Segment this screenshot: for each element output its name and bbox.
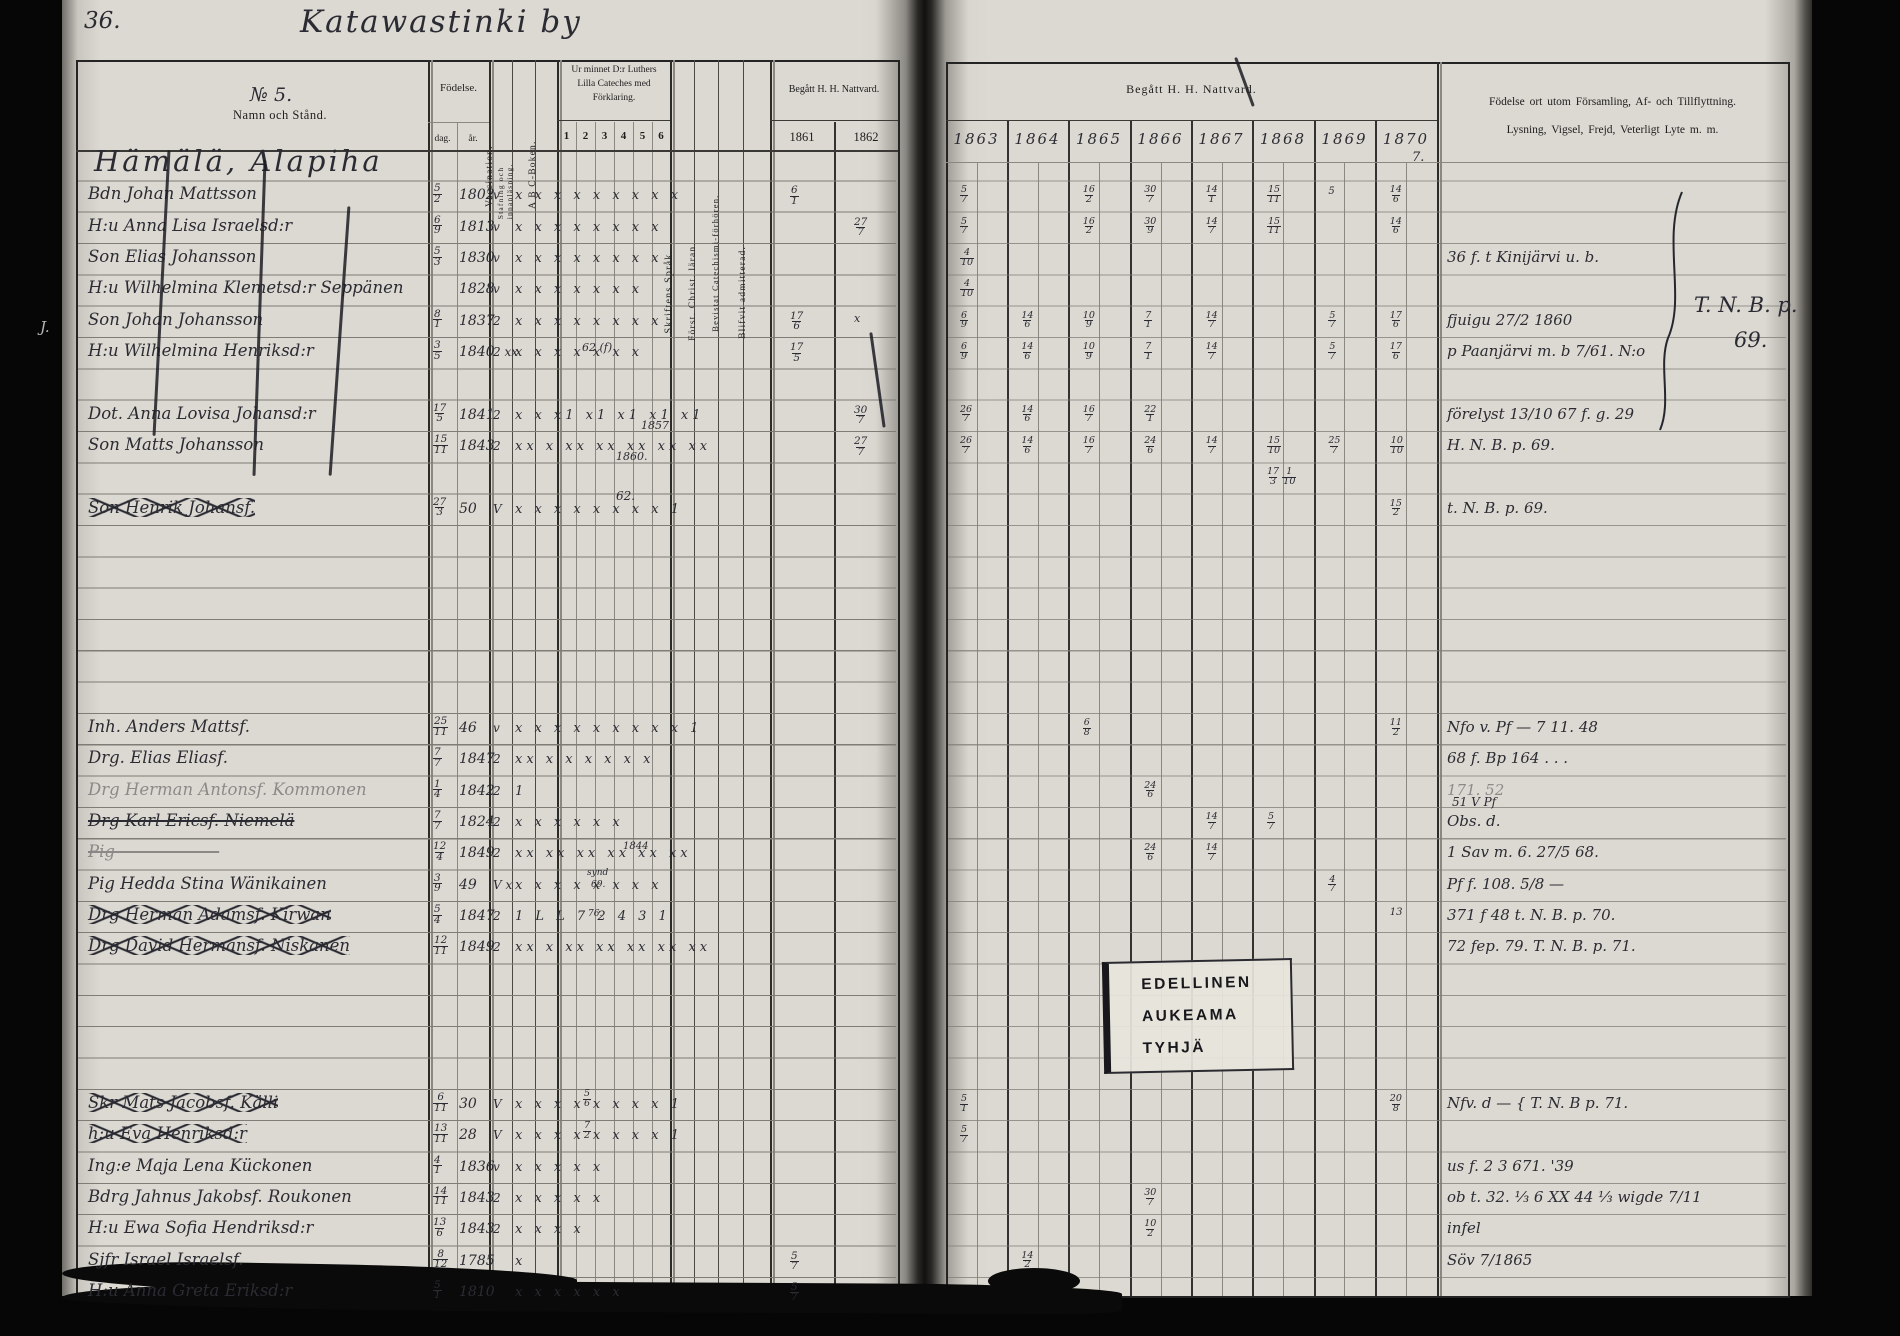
communion-mark: 175: [790, 343, 803, 363]
ink-note: 62 (f): [582, 341, 612, 354]
scripture-language-column-header: Skriftens Språk.: [664, 250, 676, 334]
reading-marks: x x x x x x: [515, 1285, 624, 1300]
communion-mark: 307: [1144, 186, 1156, 204]
first-christian-doctrine-column-header: Först. Christ. läran.: [688, 242, 699, 341]
communion-mark: 141: [1206, 186, 1218, 204]
communion-mark: 176: [1390, 312, 1402, 330]
annotation: 51 V Pf: [1452, 795, 1496, 809]
birth-day: 51: [433, 1281, 442, 1301]
reading-marks: x x x x x x x x: [515, 314, 663, 329]
communion-mark: 146: [1390, 218, 1402, 236]
communion-mark: 57: [1328, 343, 1336, 361]
year-1869: 1869: [1314, 130, 1375, 148]
vaccination-mark: 2: [493, 846, 501, 860]
birth-day: 175: [433, 404, 446, 424]
communion-mark: 167: [1083, 406, 1095, 424]
vaccination-mark: V: [493, 1128, 502, 1142]
person-name: Drg Herman Antonsf. Kommonen: [88, 780, 367, 799]
ink-note: T. N. B. p.: [1694, 293, 1798, 317]
reading-marks: x x x x x x x x: [515, 878, 663, 893]
birth-day: 77: [433, 748, 442, 768]
communion-mark: 57: [790, 1252, 799, 1272]
person-name: H:u Ewa Sofia Hendriksd:r: [88, 1218, 313, 1237]
birth-day: 136: [433, 1218, 446, 1238]
birth-year: 1849: [459, 939, 495, 955]
reading-marks: x x x x x x x x: [515, 251, 663, 266]
reading-marks: 1: [515, 784, 527, 799]
birth-year: 1849: [459, 845, 495, 861]
ink-note: 72: [583, 1122, 591, 1140]
birth-day: 14: [433, 780, 442, 800]
annotation: us f. 2 3 671. '39: [1447, 1157, 1574, 1175]
communion-mark: 147: [1206, 343, 1218, 361]
birth-day: 54: [433, 905, 442, 925]
birth-day: 124: [433, 842, 446, 862]
year-1863: 1863: [946, 130, 1007, 148]
page-title-handwritten: Katawastinki by: [300, 4, 582, 40]
communion-mark: 176: [790, 312, 803, 332]
birth-year: 50: [459, 501, 477, 517]
ink-note: 1844: [623, 841, 648, 852]
annotation: ob t. 32. ⅓ 6 XX 44 ⅓ wigde 7/11: [1447, 1188, 1702, 1206]
reading-marks: x x x x x x x x 1: [515, 502, 683, 517]
annotation: 1 Sav m. 6. 27/5 68.: [1447, 843, 1599, 861]
ink-note: J.: [40, 318, 50, 336]
reading-marks: x x x x x x x x x 1: [515, 721, 702, 736]
reading-marks: x x x x x x x: [515, 282, 643, 297]
birth-year: 1843: [459, 438, 495, 454]
ink-note: 76.: [588, 909, 602, 919]
communion-mark: 257: [1328, 437, 1340, 455]
annotation: 68 f. Bp 164 . . .: [1447, 749, 1568, 767]
vaccination-mark: 2: [493, 1191, 501, 1205]
ink-note: 1857: [641, 419, 669, 432]
communion-mark: 47: [1328, 876, 1336, 894]
birth-year: 1836: [459, 1159, 495, 1175]
birth-year: 1830: [459, 250, 495, 266]
person-name: Drg Herman Adamsf. Kirwan: [88, 905, 331, 924]
communion-mark: 173 110: [1267, 468, 1296, 486]
birth-day: 1311: [433, 1124, 448, 1144]
communion-mark: 5: [1328, 186, 1334, 197]
birth-day: 273: [433, 498, 446, 518]
farm-section-heading: Hämälä, Alapiha: [94, 144, 383, 178]
communion-mark: 57: [960, 218, 968, 236]
annotation: 36 f. t Kinijärvi u. b.: [1447, 248, 1599, 266]
communion-mark: 142: [1021, 1252, 1033, 1270]
ink-note: 69.: [591, 880, 605, 890]
person-name: Son Henrik Johansf.: [88, 498, 255, 517]
stamp-line-3: TYHJÄ: [1142, 1037, 1285, 1058]
birth-year: 1813: [459, 219, 495, 235]
person-name: H:u Wilhelmina Henriksd:r: [88, 341, 314, 360]
communion-mark: 109: [1083, 343, 1095, 361]
person-name: H:u Wilhelmina Klemetsd:r Seppänen: [88, 278, 404, 297]
communion-mark: 57: [960, 1126, 968, 1144]
communion-mark: 277: [854, 437, 867, 457]
catechism-header-line1: Ur minnet D:r Luthers: [558, 64, 670, 77]
reading-marks: x x x x x x x x x: [515, 188, 682, 203]
vaccination-mark: 2: [493, 408, 501, 422]
birth-year: 1841: [459, 407, 495, 423]
person-name: Pig ——————: [88, 842, 219, 861]
communion-mark: 71: [1144, 312, 1152, 330]
birth-year: 1840: [459, 344, 495, 360]
stamp-line-2: AUKEAMA: [1142, 1005, 1285, 1026]
annotation: 72 fep. 79. T. N. B. p. 71.: [1447, 937, 1636, 955]
birth-year: 1802: [459, 187, 495, 203]
communion-mark: 267: [960, 406, 972, 424]
vaccination-mark: v: [493, 282, 500, 296]
person-name: Ing:e Maja Lena Kückonen: [88, 1156, 312, 1175]
annotation: H. N. B. p. 69.: [1447, 436, 1555, 454]
name-column-header: Namn och Stånd.: [160, 108, 400, 123]
communion-mark: 71: [1144, 343, 1152, 361]
communion-mark: x: [854, 312, 860, 325]
communion-mark: 307: [854, 406, 867, 426]
birth-day: 2511: [433, 717, 448, 737]
communion-mark: 167: [1083, 437, 1095, 455]
communion-mark: 112: [1390, 719, 1402, 737]
person-name: Son Elias Johansson: [88, 247, 256, 266]
birth-day: 81: [433, 310, 442, 330]
birth-day: 52: [433, 184, 442, 204]
communion-mark: 246: [1144, 782, 1156, 800]
person-name: Inh. Anders Mattsf.: [88, 717, 250, 736]
communion-mark: 410: [960, 249, 974, 267]
catechism-header-line3: Förklaring.: [558, 92, 670, 105]
vaccination-mark: v: [493, 721, 500, 735]
annotation: infel: [1447, 1219, 1481, 1237]
communion-mark: 147: [1206, 844, 1218, 862]
annotation: förelyst 13/10 67 f. g. 29: [1447, 405, 1634, 423]
reading-marks: x x x x: [515, 1222, 585, 1237]
communion-mark: 57: [790, 1283, 799, 1303]
communion-mark: 277: [854, 218, 867, 238]
communion-mark: 146: [1390, 186, 1402, 204]
year-1867: 1867: [1191, 130, 1252, 148]
birth-year: 1847: [459, 908, 495, 924]
vaccination-mark: 2: [493, 940, 501, 954]
catechism-exam-column-header: Bevistat Catechismi-förhören.: [711, 192, 721, 332]
birth-year: 1847: [459, 751, 495, 767]
reading-marks: x x x x x x x: [515, 345, 643, 360]
catechism-subcol-1: 1: [557, 130, 576, 142]
communion-mark: 109: [1083, 312, 1095, 330]
person-name: Bdrg Jahnus Jakobsf. Roukonen: [88, 1187, 352, 1206]
birth-day: 1211: [433, 936, 448, 956]
reading-marks: x x x1 x1 x1 x1 x1: [515, 408, 704, 423]
communion-header-left: Begått H. H. Nattvard.: [770, 84, 898, 95]
communion-mark: 146: [1021, 406, 1033, 424]
vaccination-mark: v: [493, 1160, 500, 1174]
birth-day: 812: [433, 1250, 448, 1270]
birth-day: 41: [433, 1156, 442, 1176]
vaccination-mark: V: [493, 502, 502, 516]
notes-header-line2: Lysning, Vigsel, Frejd, Veterligt Lyte m…: [1437, 124, 1788, 136]
communion-mark: 221: [1144, 406, 1156, 424]
year-1864: 1864: [1007, 130, 1068, 148]
reading-marks: x x x x x x x x 1: [515, 1097, 683, 1112]
annotation: 371 f 48 t. N. B. p. 70.: [1447, 906, 1615, 924]
communion-mark: 51: [960, 1095, 968, 1113]
ink-note: 62.: [616, 489, 635, 503]
communion-mark: 309: [1144, 218, 1156, 236]
birth-day: 39: [433, 874, 442, 894]
person-name: Bdn Johan Mattsson: [88, 184, 257, 203]
reading-marks: x x x x x x x x 1: [515, 1128, 683, 1143]
catechism-subcol-5: 5: [633, 130, 652, 142]
year-1866: 1866: [1130, 130, 1191, 148]
scanned-parish-register: 36. Katawastinki by № 5. Namn och Stånd.…: [0, 0, 1900, 1336]
notes-header-line1: Födelse ort utom Församling, Af- och Til…: [1437, 96, 1788, 108]
birth-day: 35: [433, 341, 442, 361]
vaccination-mark: 2: [493, 784, 501, 798]
communion-mark: 68: [1083, 719, 1091, 737]
communion-mark: 1010: [1390, 437, 1404, 455]
catechism-subcol-6: 6: [652, 130, 670, 142]
birth-day: 611: [433, 1093, 448, 1113]
person-name: Drg David Hermansf. Niskanen: [88, 936, 350, 955]
person-name: Skr Mats Jacobsf. Källi: [88, 1093, 278, 1112]
birth-year: 1785: [459, 1253, 495, 1269]
communion-mark: 57: [1267, 813, 1275, 831]
communion-mark: 57: [960, 186, 968, 204]
annotation: Nfv. d — { T. N. B p. 71.: [1447, 1094, 1628, 1112]
birth-day: 1511: [433, 435, 448, 455]
birth-day: 69: [433, 216, 442, 236]
communion-mark: 146: [1021, 312, 1033, 330]
person-name: h:u Eva Henriksd:r: [88, 1124, 247, 1143]
admitted-column-header: Blifvit admitterad.: [738, 246, 749, 339]
vaccination-mark: 2: [493, 314, 501, 328]
vaccination-mark: v: [493, 188, 500, 202]
communion-mark: 1510: [1267, 437, 1281, 455]
birth-year: 49: [459, 877, 477, 893]
header-rule: [428, 122, 489, 123]
reading-marks: x x x x x: [515, 1160, 604, 1175]
header-rule: [557, 120, 670, 121]
birth-day-header: dag.: [428, 134, 457, 144]
annotation: Nfo v. Pf — 7 11. 48: [1447, 718, 1598, 736]
reading-marks: xx x xx xx xx xx xx: [515, 940, 711, 955]
communion-mark: 162: [1083, 218, 1095, 236]
spelling-reading-column-header: Stafning och innanläsning.: [497, 114, 514, 219]
year-1861: 1861: [770, 130, 834, 145]
communion-mark: 410: [960, 280, 974, 298]
vaccination-mark: v: [493, 220, 500, 234]
communion-mark: 102: [1144, 1220, 1156, 1238]
birth-year-header: år.: [457, 134, 489, 144]
communion-mark: 152: [1390, 500, 1402, 518]
communion-mark: 267: [960, 437, 972, 455]
birth-year: 1828: [459, 281, 495, 297]
communion-mark: 146: [1021, 343, 1033, 361]
communion-mark: 57: [1328, 312, 1336, 330]
catechism-subcol-4: 4: [614, 130, 633, 142]
year-1870: 1870: [1375, 130, 1437, 148]
communion-mark: 146: [1021, 437, 1033, 455]
catechism-header-line2: Lilla Cateches med: [558, 78, 670, 91]
year-1868: 1868: [1252, 130, 1314, 148]
person-name: Drg Karl Ericsf. Niemelä: [88, 811, 294, 830]
birth-day: 1411: [433, 1187, 448, 1207]
birth-year: 46: [459, 720, 477, 736]
person-name: Pig Hedda Stina Wänikainen: [88, 874, 327, 893]
birth-day: 77: [433, 811, 442, 831]
birth-column-header: Födelse.: [428, 82, 489, 94]
annotation: Pf f. 108. 5/8 —: [1447, 875, 1564, 893]
birth-year: 1824: [459, 814, 495, 830]
reading-marks: xx x xx xx xx xx xx: [515, 439, 711, 454]
reading-marks: xx x x x x x x: [515, 752, 654, 767]
annotation: fjuigu 27/2 1860: [1447, 311, 1572, 329]
communion-mark: 162: [1083, 186, 1095, 204]
communion-mark: 147: [1206, 218, 1218, 236]
archive-stamp: EDELLINEN AUKEAMA TYHJÄ: [1102, 958, 1294, 1074]
communion-mark: 208: [1390, 1095, 1402, 1113]
vaccination-mark: V x: [493, 878, 512, 892]
person-name: Sjfr Israel Israelsf.: [88, 1250, 244, 1269]
birth-year: 28: [459, 1127, 477, 1143]
reading-marks: x x x x x x x x: [515, 220, 663, 235]
ink-note: 56: [583, 1090, 591, 1108]
communion-mark: 307: [1144, 1189, 1156, 1207]
communion-mark: 61: [790, 186, 799, 206]
vaccination-mark: 2: [493, 1222, 501, 1236]
communion-mark: 246: [1144, 437, 1156, 455]
reading-marks: x x x x x: [515, 1191, 604, 1206]
annotation: Söv 7/1865: [1447, 1251, 1532, 1269]
ink-note: 69.: [1734, 328, 1767, 352]
communion-mark: 1511: [1267, 186, 1281, 204]
vaccination-mark: v: [493, 251, 500, 265]
birth-year: 1843: [459, 1221, 495, 1237]
communion-mark: 176: [1390, 343, 1402, 361]
birth-day: 53: [433, 247, 442, 267]
birth-year: 1810: [459, 1284, 495, 1300]
reading-marks: x x x x x x: [515, 815, 624, 830]
birth-year: 1842: [459, 783, 495, 799]
ink-note: 7.: [1412, 150, 1424, 165]
annotation: t. N. B. p. 69.: [1447, 499, 1548, 517]
birth-year: 1837: [459, 313, 495, 329]
vaccination-mark: 2: [493, 439, 501, 453]
birth-year: 1843: [459, 1190, 495, 1206]
ink-note: synd: [587, 868, 608, 878]
stamp-line-1: EDELLINEN: [1141, 973, 1284, 994]
header-rule: [770, 120, 898, 121]
person-name: Son Matts Johansson: [88, 435, 264, 454]
communion-mark: 246: [1144, 844, 1156, 862]
annotation: p Paanjärvi m. b 7/61. N:o: [1447, 342, 1645, 360]
person-name: Drg. Elias Eliasf.: [88, 748, 228, 767]
header-rule: [946, 120, 1437, 121]
communion-mark: 147: [1206, 312, 1218, 330]
communion-mark: 147: [1206, 437, 1218, 455]
communion-mark: 69: [960, 343, 968, 361]
birth-year: 30: [459, 1096, 477, 1112]
catechism-subcol-2: 2: [576, 130, 595, 142]
person-name: Dot. Anna Lovisa Johansd:r: [88, 404, 316, 423]
annotation: Obs. d.: [1447, 812, 1501, 830]
reading-marks: xx xx xx xx xx xx: [515, 846, 692, 861]
ink-brace: [1652, 188, 1696, 438]
year-1862: 1862: [834, 130, 898, 145]
reading-marks: x: [515, 1254, 526, 1269]
communion-mark: 147: [1206, 813, 1218, 831]
vaccination-mark: 2: [493, 909, 501, 923]
series-number: № 5.: [250, 84, 292, 106]
vaccination-mark: 2: [493, 815, 501, 829]
vaccination-mark: V: [493, 1097, 502, 1111]
communion-mark: 13: [1390, 907, 1403, 918]
person-name: H:u Anna Greta Eriksd:r: [88, 1281, 292, 1300]
communion-mark: 1511: [1267, 218, 1281, 236]
year-1865: 1865: [1068, 130, 1130, 148]
communion-mark: 69: [960, 312, 968, 330]
ink-note: 1860.: [616, 450, 648, 463]
vaccination-mark: 2: [493, 752, 501, 766]
catechism-subcol-3: 3: [595, 130, 614, 142]
person-name: Son Johan Johansson: [88, 310, 263, 329]
communion-header-right: Begått H. H. Nattvard.: [946, 82, 1437, 97]
page-number: 36.: [84, 8, 121, 34]
ink-smudge: [988, 1268, 1080, 1294]
